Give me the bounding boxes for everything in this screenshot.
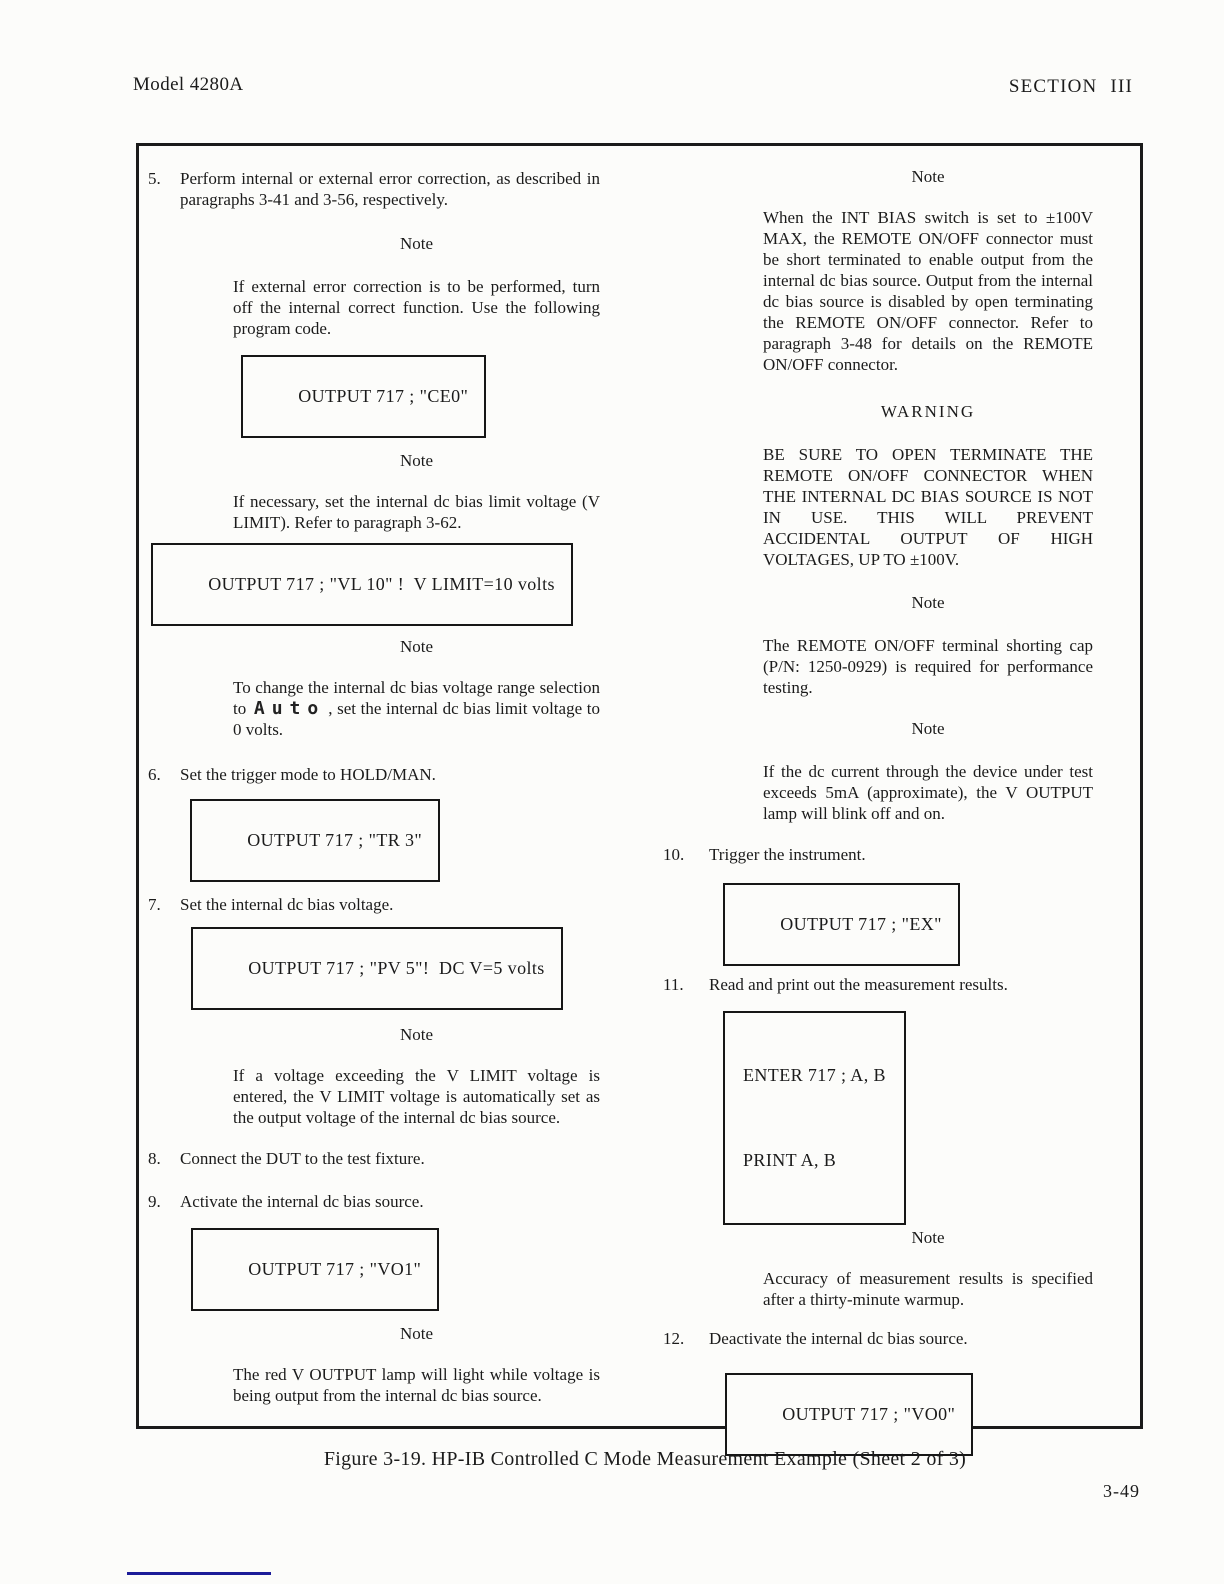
code-box-enter-print: ENTER 717 ; A, B PRINT A, B [723,1011,906,1225]
section-label: SECTION III [1009,76,1133,98]
note-block: Note To change the internal dc bias volt… [233,636,600,740]
note-title: Note [233,1323,600,1344]
step-item-8: 8. Connect the DUT to the test fixture. [148,1148,600,1169]
note-title: Note [233,450,600,471]
code-box-vo1: OUTPUT 717 ; "VO1" [191,1228,439,1311]
note-text: If the dc current through the device und… [763,761,1093,824]
code-line: OUTPUT 717 ; "VO0" [782,1404,955,1424]
step-text: Read and print out the measurement resul… [709,974,1093,995]
step-item-6: 6. Set the trigger mode to HOLD/MAN. [148,764,600,785]
warning-text: BE SURE TO OPEN TERMINATE THE REMOTE ON/… [763,444,1093,570]
model-number: Model 4280A [133,74,243,96]
note-title: Note [233,1024,600,1045]
note-block: Note Accuracy of measurement results is … [763,1227,1093,1310]
figure-caption: Figure 3-19. HP-IB Controlled C Mode Mea… [66,1448,1224,1471]
page-number: 3-49 [1103,1481,1140,1502]
note-block: Note If necessary, set the internal dc b… [233,450,600,533]
note-title: Note [763,1227,1093,1248]
code-line: OUTPUT 717 ; "TR 3" [247,830,422,850]
note-text: If necessary, set the internal dc bias l… [233,491,600,533]
code-box-ce0: OUTPUT 717 ; "CE0" [241,355,486,438]
code-box-ex: OUTPUT 717 ; "EX" [723,883,960,966]
step-item-9: 9. Activate the internal dc bias source. [148,1191,600,1212]
code-line: OUTPUT 717 ; "VL 10" ! V LIMIT=10 volts [208,574,555,594]
scan-artifact-line [127,1572,271,1575]
warning-block: WARNING BE SURE TO OPEN TERMINATE THE RE… [763,401,1093,570]
code-box-vo0: OUTPUT 717 ; "VO0" [725,1373,973,1456]
step-item-12: 12. Deactivate the internal dc bias sour… [663,1328,1093,1349]
code-box-vl: OUTPUT 717 ; "VL 10" ! V LIMIT=10 volts [151,543,573,626]
seven-segment-auto: Auto [251,698,328,719]
warning-title: WARNING [763,401,1093,422]
right-column: Note When the INT BIAS switch is set to … [663,166,1093,1456]
step-text: Connect the DUT to the test fixture. [180,1148,600,1169]
step-number: 5. [148,168,180,210]
step-text: Deactivate the internal dc bias source. [709,1328,1093,1349]
step-item-5: 5. Perform internal or external error co… [148,168,600,210]
note-title: Note [763,592,1093,613]
note-text: To change the internal dc bias voltage r… [233,677,600,740]
step-number: 7. [148,894,180,915]
note-block: Note The REMOTE ON/OFF terminal shorting… [763,592,1093,698]
step-text: Perform internal or external error corre… [180,168,600,210]
step-number: 11. [663,974,709,995]
step-text: Set the trigger mode to HOLD/MAN. [180,764,600,785]
note-text: When the INT BIAS switch is set to ±100V… [763,207,1093,375]
note-block: Note When the INT BIAS switch is set to … [763,166,1093,375]
note-title: Note [233,233,600,254]
code-line: OUTPUT 717 ; "VO1" [248,1259,421,1279]
note-block: Note If the dc current through the devic… [763,718,1093,824]
note-text: Accuracy of measurement results is speci… [763,1268,1093,1310]
step-item-10: 10. Trigger the instrument. [663,844,1093,865]
step-text: Activate the internal dc bias source. [180,1191,600,1212]
code-line: OUTPUT 717 ; "PV 5"! DC V=5 volts [248,958,545,978]
note-block: Note If external error correction is to … [233,233,600,339]
step-text: Set the internal dc bias voltage. [180,894,600,915]
note-text: If a voltage exceeding the V LIMIT volta… [233,1065,600,1128]
code-line: ENTER 717 ; A, B [743,1065,886,1086]
code-line: OUTPUT 717 ; "EX" [780,914,942,934]
step-number: 12. [663,1328,709,1349]
left-column: 5. Perform internal or external error co… [148,166,600,1406]
code-line: PRINT A, B [743,1150,886,1171]
note-text: If external error correction is to be pe… [233,276,600,339]
step-number: 9. [148,1191,180,1212]
step-number: 10. [663,844,709,865]
code-box-tr3: OUTPUT 717 ; "TR 3" [190,799,440,882]
note-title: Note [233,636,600,657]
note-block: Note If a voltage exceeding the V LIMIT … [233,1024,600,1128]
step-item-7: 7. Set the internal dc bias voltage. [148,894,600,915]
manual-page: Model 4280A SECTION III 5. Perform inter… [0,0,1224,1584]
note-text: The REMOTE ON/OFF terminal shorting cap … [763,635,1093,698]
step-text: Trigger the instrument. [709,844,1093,865]
note-block: Note The red V OUTPUT lamp will light wh… [233,1323,600,1406]
code-line: OUTPUT 717 ; "CE0" [298,386,468,406]
note-text: The red V OUTPUT lamp will light while v… [233,1364,600,1406]
note-title: Note [763,718,1093,739]
step-item-11: 11. Read and print out the measurement r… [663,974,1093,995]
step-number: 6. [148,764,180,785]
content-frame: 5. Perform internal or external error co… [136,143,1143,1429]
note-title: Note [763,166,1093,187]
code-box-pv5: OUTPUT 717 ; "PV 5"! DC V=5 volts [191,927,563,1010]
step-number: 8. [148,1148,180,1169]
